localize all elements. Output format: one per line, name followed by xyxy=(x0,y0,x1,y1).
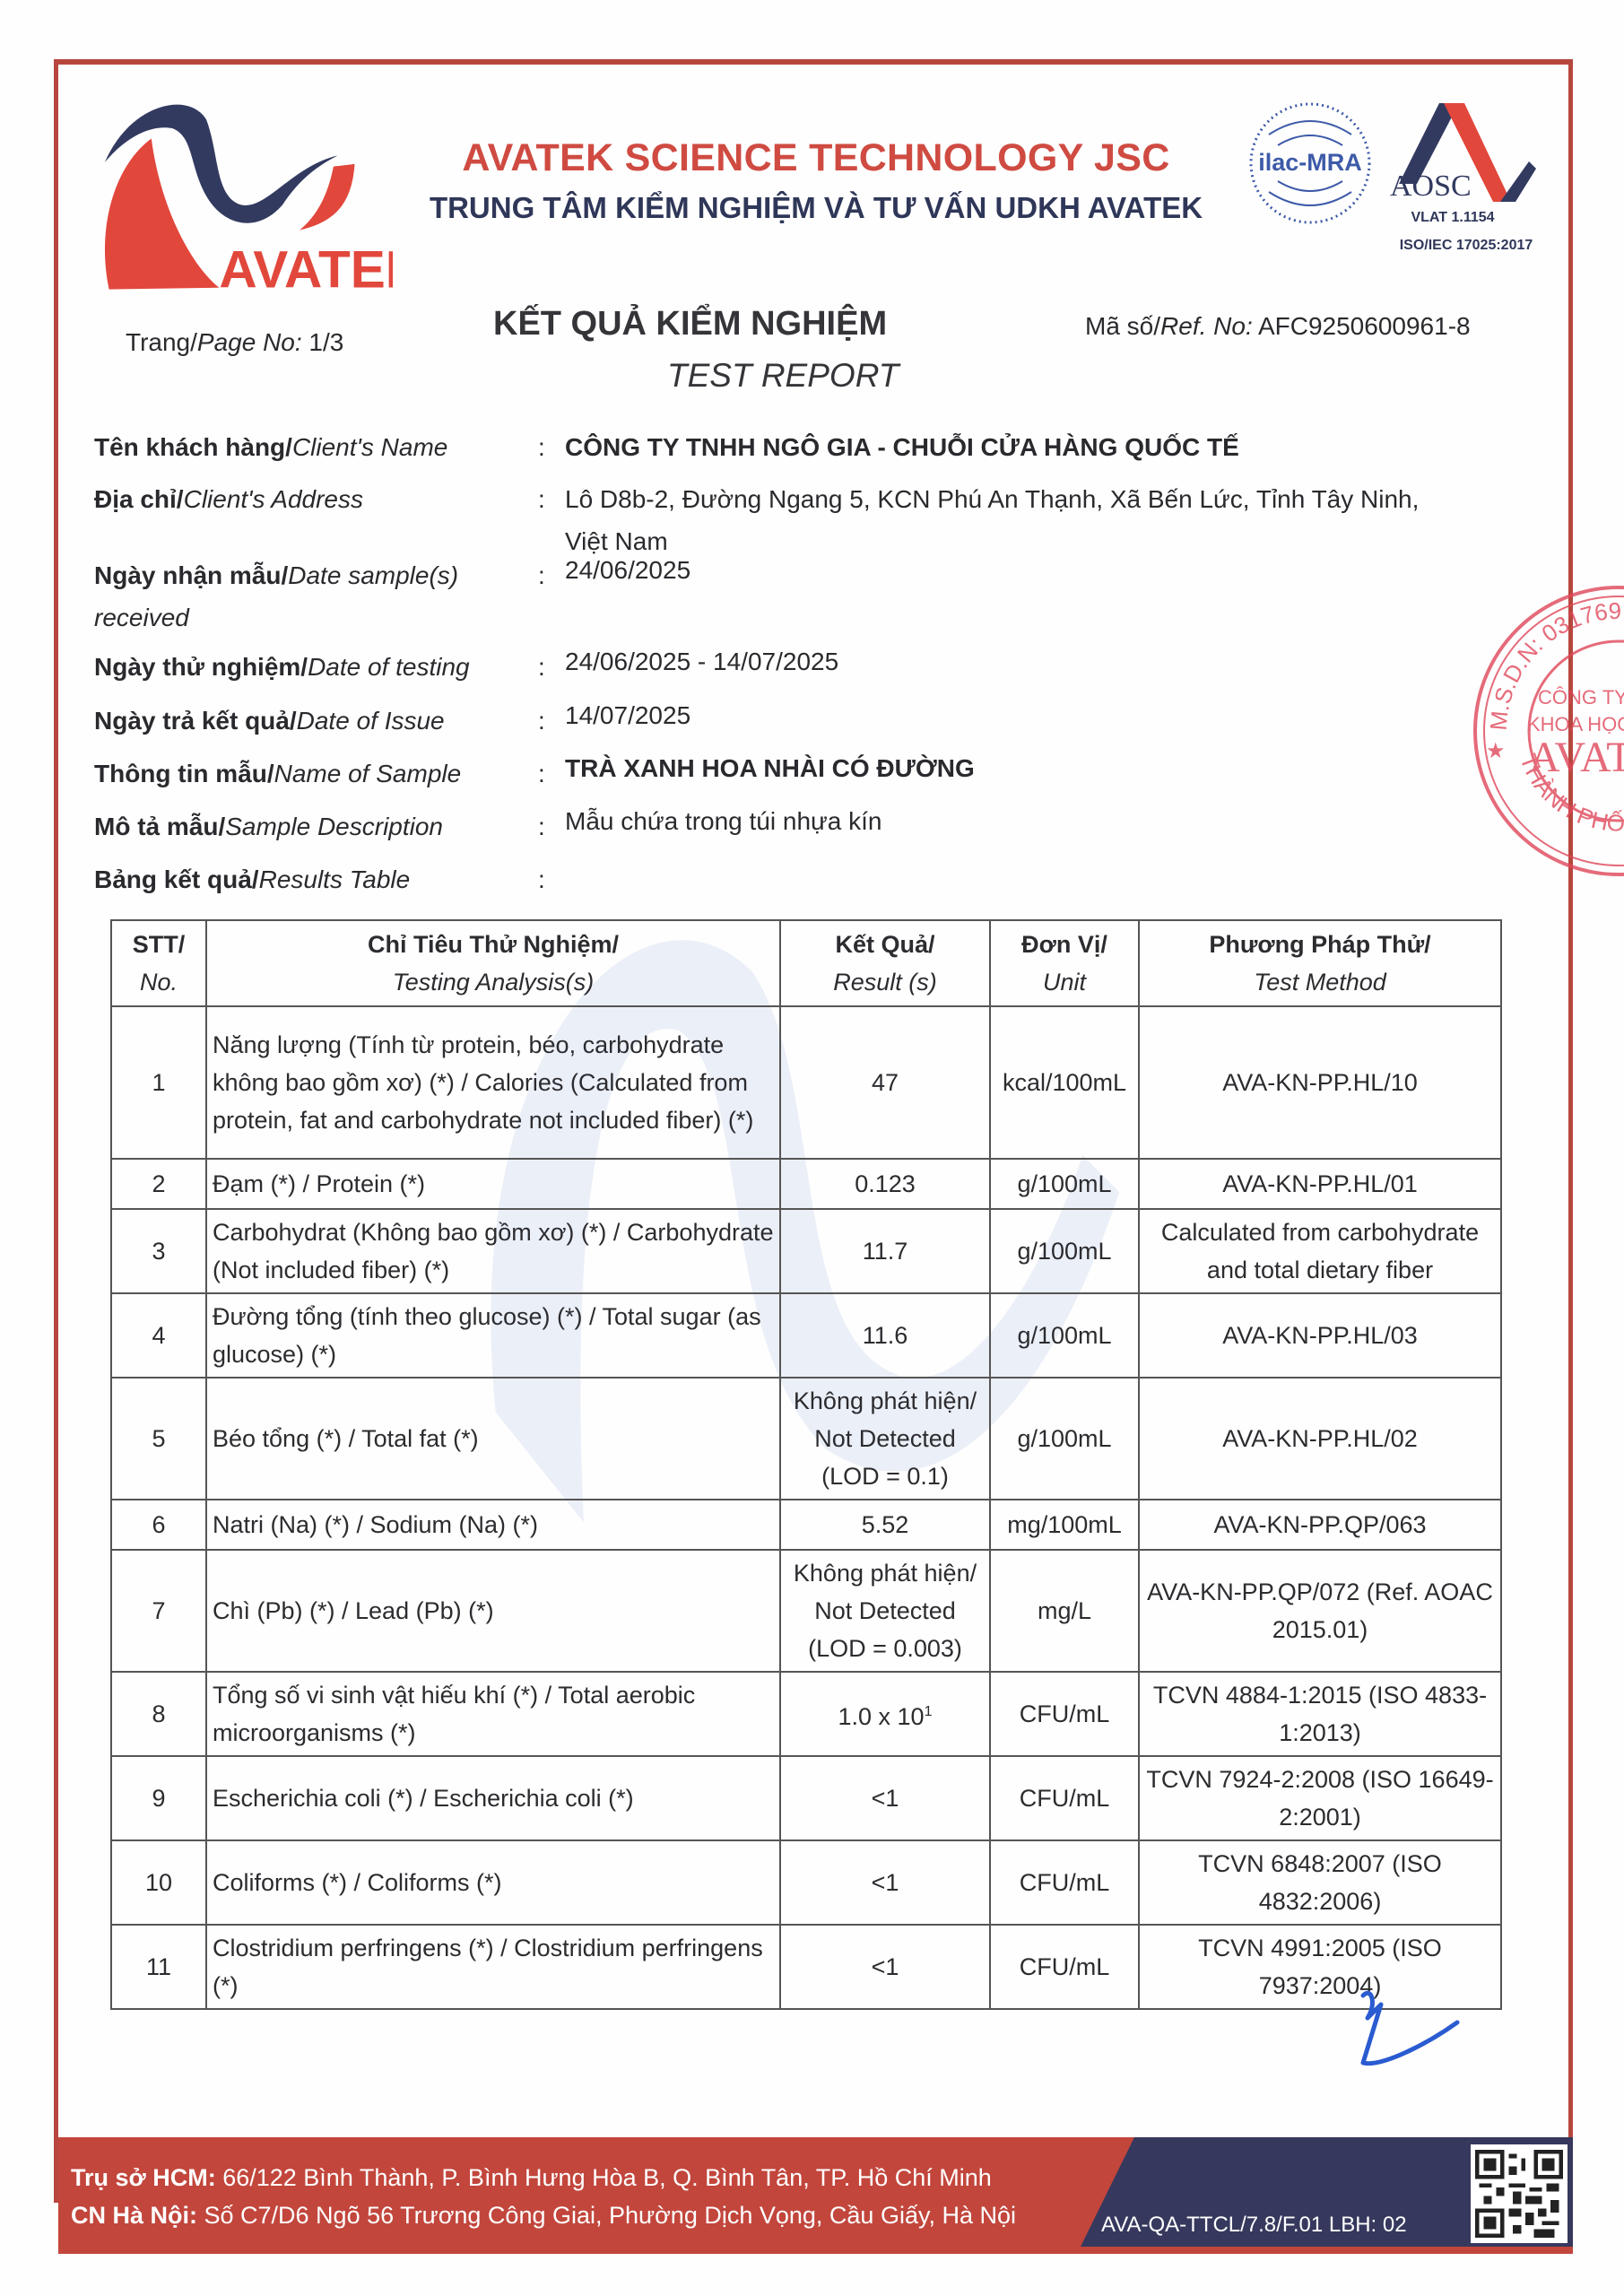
row-unit: g/100mL xyxy=(990,1378,1139,1500)
table-row: 11Clostridium perfringens (*) / Clostrid… xyxy=(111,1925,1501,2009)
company-heading: AVATEK SCIENCE TECHNOLOGY JSC TRUNG TÂM … xyxy=(413,136,1220,225)
ref-label-vn: Mã số/ xyxy=(1085,312,1160,340)
row-unit: CFU/mL xyxy=(990,1756,1139,1840)
row-unit: kcal/100mL xyxy=(990,1006,1139,1159)
aosc-a-icon: AOSC xyxy=(1385,99,1547,206)
row-method: AVA-KN-PP.HL/10 xyxy=(1139,1006,1501,1159)
row-method: AVA-KN-PP.HL/01 xyxy=(1139,1159,1501,1209)
table-row: 10Coliforms (*) / Coliforms (*)<1CFU/mLT… xyxy=(111,1840,1501,1925)
row-analysis: Escherichia coli (*) / Escherichia coli … xyxy=(206,1756,780,1840)
ilac-text: ilac-MRA xyxy=(1258,149,1362,176)
aosc-logo: AOSC VLAT 1.1154 ISO/IEC 17025:2017 xyxy=(1385,99,1547,260)
aosc-text: AOSC xyxy=(1390,170,1472,203)
avatek-logo: AVATEK xyxy=(88,84,393,300)
header-analysis: Chỉ Tiêu Thử Nghiệm/Testing Analysis(s) xyxy=(206,920,780,1006)
stamp-line-1: CÔNG TY C xyxy=(1538,686,1624,709)
stamp-ring-text: M.S.D.N: 031769 xyxy=(1485,597,1622,732)
company-name-vn: TRUNG TÂM KIỂM NGHIỆM VÀ TƯ VẤN UDKH AVA… xyxy=(413,191,1220,225)
page-value: 1/3 xyxy=(308,328,343,356)
table-row: 6Natri (Na) (*) / Sodium (Na) (*)5.52mg/… xyxy=(111,1500,1501,1550)
sample-name-value: TRÀ XANH HOA NHÀI CÓ ĐƯỜNG xyxy=(565,747,1507,789)
footer-form-code: AVA-QA-TTCL/7.8/F.01 LBH: 02 xyxy=(1101,2213,1407,2238)
sample-description-value: Mẫu chứa trong túi nhựa kín xyxy=(565,800,1507,842)
table-row: 9Escherichia coli (*) / Escherichia coli… xyxy=(111,1756,1501,1840)
row-analysis: Đạm (*) / Protein (*) xyxy=(206,1159,780,1209)
table-row: 5Béo tổng (*) / Total fat (*)Không phát … xyxy=(111,1378,1501,1500)
row-method: AVA-KN-PP.QP/063 xyxy=(1139,1500,1501,1550)
svg-text:M.S.D.N: 031769: M.S.D.N: 031769 xyxy=(1485,597,1622,732)
footer-hcm-address: Trụ sở HCM: 66/122 Bình Thành, P. Bình H… xyxy=(71,2164,992,2192)
row-analysis: Coliforms (*) / Coliforms (*) xyxy=(206,1840,780,1925)
row-method: TCVN 4884-1:2015 (ISO 4833-1:2013) xyxy=(1139,1672,1501,1756)
row-unit: CFU/mL xyxy=(990,1925,1139,2009)
page-label-en: Page No: xyxy=(197,328,302,356)
row-number: 5 xyxy=(111,1378,206,1500)
company-stamp: M.S.D.N: 031769 THÀNH PHỐ H CÔNG TY C KH… xyxy=(1466,578,1624,883)
header-result: Kết Quả/Result (s) xyxy=(780,920,990,1006)
page-number: Trang/Page No: 1/3 xyxy=(126,328,343,357)
footer-hanoi-address: CN Hà Nội: Số C7/D6 Ngõ 56 Trương Công G… xyxy=(71,2202,1016,2230)
iso-standard: ISO/IEC 17025:2017 xyxy=(1385,238,1547,254)
row-number: 2 xyxy=(111,1159,206,1209)
row-number: 6 xyxy=(111,1500,206,1550)
row-unit: g/100mL xyxy=(990,1159,1139,1209)
row-analysis: Béo tổng (*) / Total fat (*) xyxy=(206,1378,780,1500)
company-name-en: AVATEK SCIENCE TECHNOLOGY JSC xyxy=(413,136,1220,180)
ref-value: AFC9250600961-8 xyxy=(1258,312,1471,340)
qr-code-icon[interactable] xyxy=(1471,2144,1568,2243)
row-result: 47 xyxy=(780,1006,990,1159)
row-number: 4 xyxy=(111,1293,206,1378)
signature xyxy=(1354,1982,1471,2081)
header-method: Phương Pháp Thử/Test Method xyxy=(1139,920,1501,1006)
row-unit: g/100mL xyxy=(990,1209,1139,1293)
row-analysis: Carbohydrat (Không bao gồm xơ) (*) / Car… xyxy=(206,1209,780,1293)
report-title-en: TEST REPORT xyxy=(667,357,899,395)
row-result: Không phát hiện/ Not Detected (LOD = 0.1… xyxy=(780,1378,990,1500)
row-number: 10 xyxy=(111,1840,206,1925)
row-result: Không phát hiện/ Not Detected (LOD = 0.0… xyxy=(780,1550,990,1672)
row-unit: mg/100mL xyxy=(990,1500,1139,1550)
row-number: 11 xyxy=(111,1925,206,2009)
row-unit: mg/L xyxy=(990,1550,1139,1672)
stamp-line-3: AVAT xyxy=(1529,734,1624,781)
row-method: TCVN 6848:2007 (ISO 4832:2006) xyxy=(1139,1840,1501,1925)
row-result: 11.6 xyxy=(780,1293,990,1378)
table-body: 1Năng lượng (Tính từ protein, béo, carbo… xyxy=(111,1006,1501,2009)
row-method: AVA-KN-PP.HL/02 xyxy=(1139,1378,1501,1500)
row-result: 0.123 xyxy=(780,1159,990,1209)
date-issue-value: 14/07/2025 xyxy=(565,694,1507,736)
row-result: <1 xyxy=(780,1840,990,1925)
row-number: 7 xyxy=(111,1550,206,1672)
row-analysis: Năng lượng (Tính từ protein, béo, carboh… xyxy=(206,1006,780,1159)
row-analysis: Natri (Na) (*) / Sodium (Na) (*) xyxy=(206,1500,780,1550)
logo-text: AVATEK xyxy=(219,241,393,300)
date-received-value: 24/06/2025 xyxy=(565,549,1507,591)
stamp-line-2: KHOA HỌC CÔ xyxy=(1527,713,1624,735)
row-result: 1.0 x 101 xyxy=(780,1672,990,1756)
row-analysis: Đường tổng (tính theo glucose) (*) / Tot… xyxy=(206,1293,780,1378)
row-unit: CFU/mL xyxy=(990,1672,1139,1756)
row-unit: CFU/mL xyxy=(990,1840,1139,1925)
row-result: <1 xyxy=(780,1756,990,1840)
row-number: 9 xyxy=(111,1756,206,1840)
table-header-row: STT/No. Chỉ Tiêu Thử Nghiệm/Testing Anal… xyxy=(111,920,1501,1006)
ilac-mra-logo: ilac-MRA xyxy=(1246,99,1374,229)
row-analysis: Tổng số vi sinh vật hiếu khí (*) / Total… xyxy=(206,1672,780,1756)
table-row: 3Carbohydrat (Không bao gồm xơ) (*) / Ca… xyxy=(111,1209,1501,1293)
row-method: AVA-KN-PP.HL/03 xyxy=(1139,1293,1501,1378)
table-row: 4Đường tổng (tính theo glucose) (*) / To… xyxy=(111,1293,1501,1378)
row-analysis: Clostridium perfringens (*) / Clostridiu… xyxy=(206,1925,780,2009)
row-method: Calculated from carbohydrate and total d… xyxy=(1139,1209,1501,1293)
header-no: STT/No. xyxy=(111,920,206,1006)
header-unit: Đơn Vị/Unit xyxy=(990,920,1139,1006)
ref-label-en: Ref. No: xyxy=(1160,312,1253,340)
vlat-number: VLAT 1.1154 xyxy=(1385,210,1520,226)
report-title-vn: KẾT QUẢ KIỂM NGHIỆM xyxy=(493,305,1076,344)
results-table: STT/No. Chỉ Tiêu Thử Nghiệm/Testing Anal… xyxy=(110,919,1502,2010)
table-row: 1Năng lượng (Tính từ protein, béo, carbo… xyxy=(111,1006,1501,1159)
row-unit: g/100mL xyxy=(990,1293,1139,1378)
table-row: 8Tổng số vi sinh vật hiếu khí (*) / Tota… xyxy=(111,1672,1501,1756)
row-result: 5.52 xyxy=(780,1500,990,1550)
reference-number: Mã số/Ref. No: AFC9250600961-8 xyxy=(1085,312,1471,341)
row-number: 1 xyxy=(111,1006,206,1159)
table-row: 2Đạm (*) / Protein (*)0.123g/100mLAVA-KN… xyxy=(111,1159,1501,1209)
date-testing-value: 24/06/2025 - 14/07/2025 xyxy=(565,640,1507,683)
table-row: 7Chì (Pb) (*) / Lead (Pb) (*)Không phát … xyxy=(111,1550,1501,1672)
footer-banner: Trụ sở HCM: 66/122 Bình Thành, P. Bình H… xyxy=(58,2137,1573,2254)
row-number: 3 xyxy=(111,1209,206,1293)
row-result: <1 xyxy=(780,1925,990,2009)
row-method: TCVN 7924-2:2008 (ISO 16649-2:2001) xyxy=(1139,1756,1501,1840)
client-name-value: CÔNG TY TNHH NGÔ GIA - CHUỖI CỬA HÀNG QU… xyxy=(565,426,1507,468)
row-method: AVA-KN-PP.QP/072 (Ref. AOAC 2015.01) xyxy=(1139,1550,1501,1672)
stamp-star-icon: ★ xyxy=(1486,739,1506,763)
page-label-vn: Trang/ xyxy=(126,328,197,356)
row-analysis: Chì (Pb) (*) / Lead (Pb) (*) xyxy=(206,1550,780,1672)
row-result: 11.7 xyxy=(780,1209,990,1293)
row-number: 8 xyxy=(111,1672,206,1756)
